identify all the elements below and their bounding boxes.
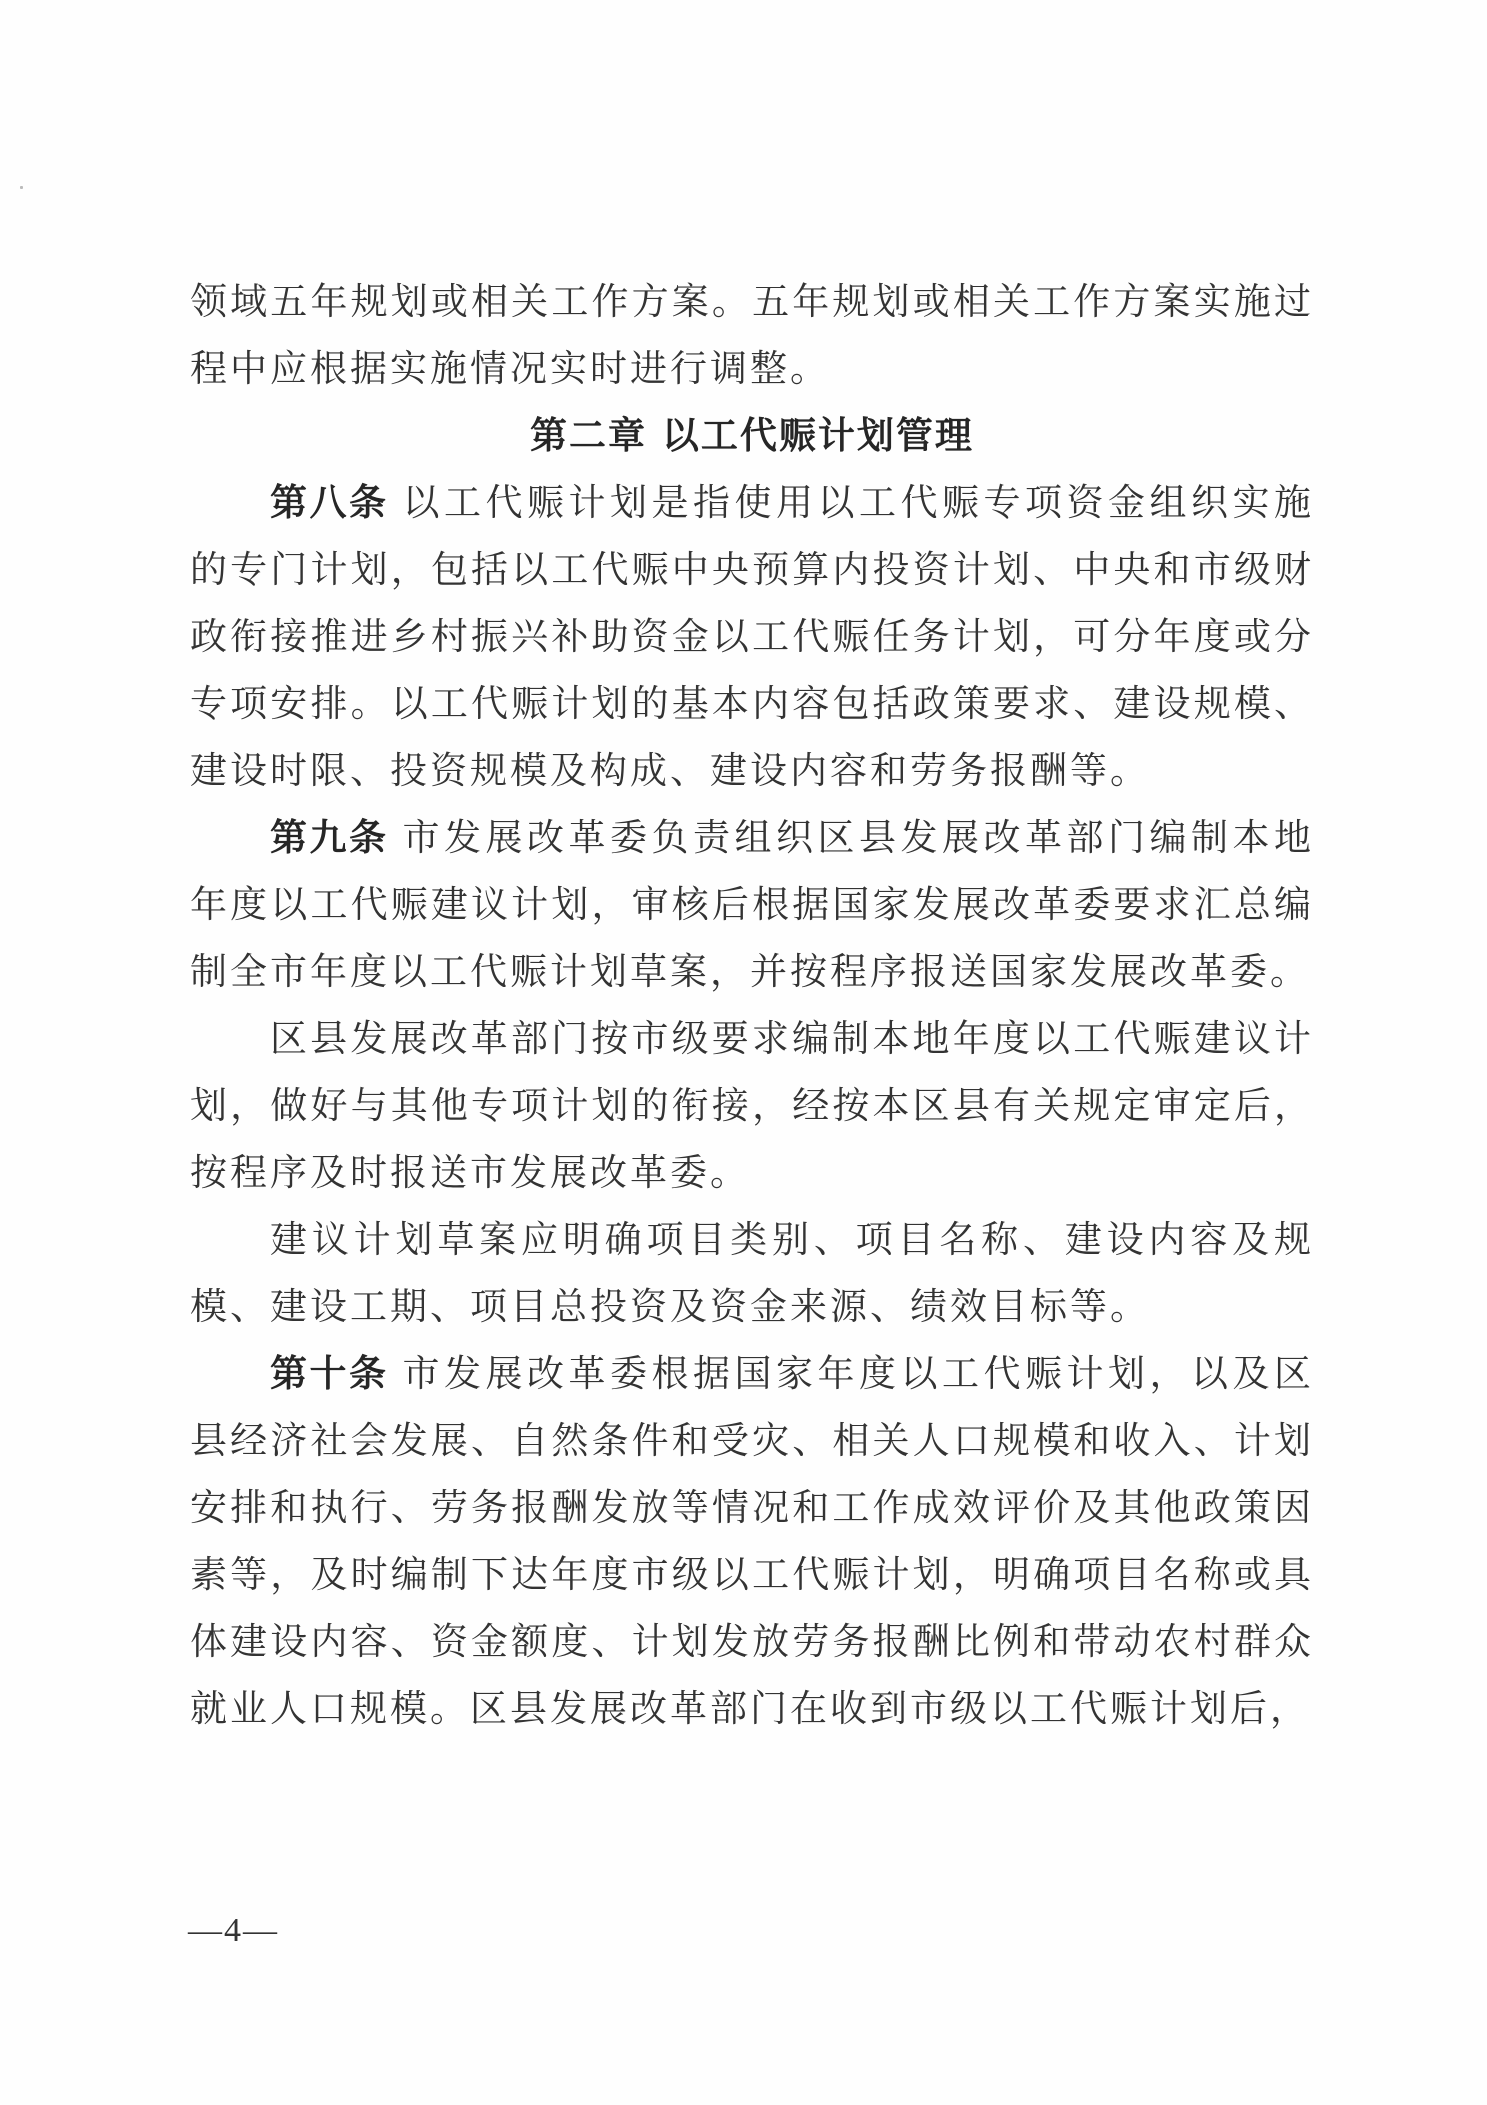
page-number: —4— [188,1912,279,1950]
article-10-text: 市发展改革委根据国家年度以工代赈计划，以及区县经济社会发展、自然条件和受灾、相关… [190,1352,1314,1730]
article-9: 第九条市发展改革委负责组织区县发展改革部门编制本地年度以工代赈建议计划，审核后根… [190,804,1314,1005]
article-8: 第八条以工代赈计划是指使用以工代赈专项资金组织实施的专门计划，包括以工代赈中央预… [190,469,1314,804]
document-page: 领域五年规划或相关工作方案。五年规划或相关工作方案实施过程中应根据实施情况实时进… [0,0,1487,2105]
article-9-label: 第九条 [270,816,389,859]
article-9-paragraph-3: 建议计划草案应明确项目类别、项目名称、建设内容及规模、建设工期、项目总投资及资金… [190,1206,1314,1340]
article-10: 第十条市发展改革委根据国家年度以工代赈计划，以及区县经济社会发展、自然条件和受灾… [190,1340,1314,1742]
article-9-paragraph-2: 区县发展改革部门按市级要求编制本地年度以工代赈建议计划，做好与其他专项计划的衔接… [190,1005,1314,1206]
article-8-text: 以工代赈计划是指使用以工代赈专项资金组织实施的专门计划，包括以工代赈中央预算内投… [190,481,1314,792]
continuation-paragraph: 领域五年规划或相关工作方案。五年规划或相关工作方案实施过程中应根据实施情况实时进… [190,268,1314,402]
article-10-label: 第十条 [270,1352,389,1395]
article-8-label: 第八条 [270,481,389,524]
body-text: 领域五年规划或相关工作方案。五年规划或相关工作方案实施过程中应根据实施情况实时进… [190,268,1314,1742]
scan-speck [20,186,23,189]
chapter-heading: 第二章 以工代赈计划管理 [190,402,1314,469]
